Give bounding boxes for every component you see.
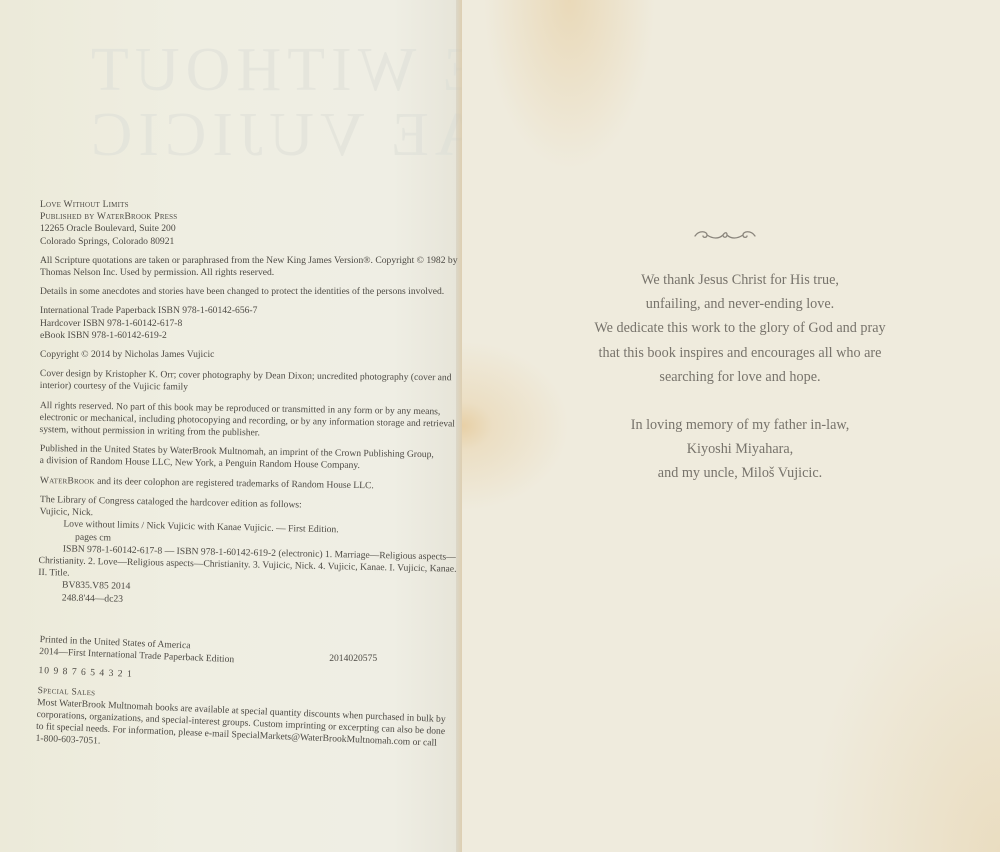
scripture-notice: All Scripture quotations are taken or pa… xyxy=(40,255,460,279)
memorial-line: In loving memory of my father in-law, xyxy=(540,413,940,437)
address-line: Colorado Springs, Colorado 80921 xyxy=(40,236,460,248)
flourish-ornament-icon xyxy=(693,228,757,242)
dedication-line: searching for love and hope. xyxy=(540,365,940,389)
details-note: Details in some anecdotes and stories ha… xyxy=(40,286,460,298)
isbn-list: International Trade Paperback ISBN 978-1… xyxy=(40,305,460,342)
special-sales: Special Sales Most WaterBrook Multnomah … xyxy=(35,684,457,763)
isbn-paperback: International Trade Paperback ISBN 978-1… xyxy=(40,305,460,317)
isbn-ebook: eBook ISBN 978-1-60142-619-2 xyxy=(40,330,460,342)
copyright-notice: Copyright © 2014 by Nicholas James Vujic… xyxy=(40,349,460,361)
copyright-line: Copyright © 2014 by Nicholas James Vujic… xyxy=(40,349,460,361)
memorial-line: and my uncle, Miloš Vujicic. xyxy=(540,461,940,485)
printing-block: 2014020575 Printed in the United States … xyxy=(35,634,459,763)
imprint: Love Without Limits Published by WaterBr… xyxy=(40,199,460,248)
dedication-line: that this book inspires and encourages a… xyxy=(540,341,940,365)
isbn-hardcover: Hardcover ISBN 978-1-60142-617-8 xyxy=(40,318,460,330)
dedication-line: We dedicate this work to the glory of Go… xyxy=(540,316,940,340)
cip-data: The Library of Congress cataloged the ha… xyxy=(38,494,460,613)
memorial-paragraph: In loving memory of my father in-law, Ki… xyxy=(540,413,940,486)
lccn-number: 2014020575 xyxy=(329,653,377,665)
dedication-line: We thank Jesus Christ for His true, xyxy=(540,268,940,292)
published-in: Published in the United States by WaterB… xyxy=(40,443,460,474)
publisher-name: Published by WaterBrook Press xyxy=(40,211,460,223)
memorial-line: Kiyoshi Miyahara, xyxy=(540,437,940,461)
brand-name: WaterBrook xyxy=(40,475,95,487)
dedication-paragraph: We thank Jesus Christ for His true, unfa… xyxy=(540,268,940,389)
book-title: Love Without Limits xyxy=(40,199,460,211)
credits: Cover design by Kristopher K. Orr; cover… xyxy=(40,368,460,397)
scripture-line: Thomas Nelson Inc. Used by permission. A… xyxy=(40,267,460,279)
details-line: Details in some anecdotes and stories ha… xyxy=(40,286,460,298)
dedication-text: We thank Jesus Christ for His true, unfa… xyxy=(540,268,940,510)
dedication-line: unfailing, and never-ending love. xyxy=(540,292,940,316)
book-spread: LOVE WITHOUT NICK & KANAE VUJICIC Love W… xyxy=(0,0,1000,852)
copyright-block: Love Without Limits Published by WaterBr… xyxy=(40,199,460,752)
scripture-line: All Scripture quotations are taken or pa… xyxy=(40,255,460,267)
rights-notice: All rights reserved. No part of this boo… xyxy=(39,400,460,443)
address-line: 12265 Oracle Boulevard, Suite 200 xyxy=(40,223,460,235)
trademark-notice: WaterBrook and its deer colophon are reg… xyxy=(40,475,460,494)
trademark-text: and its deer colophon are registered tra… xyxy=(95,476,374,491)
